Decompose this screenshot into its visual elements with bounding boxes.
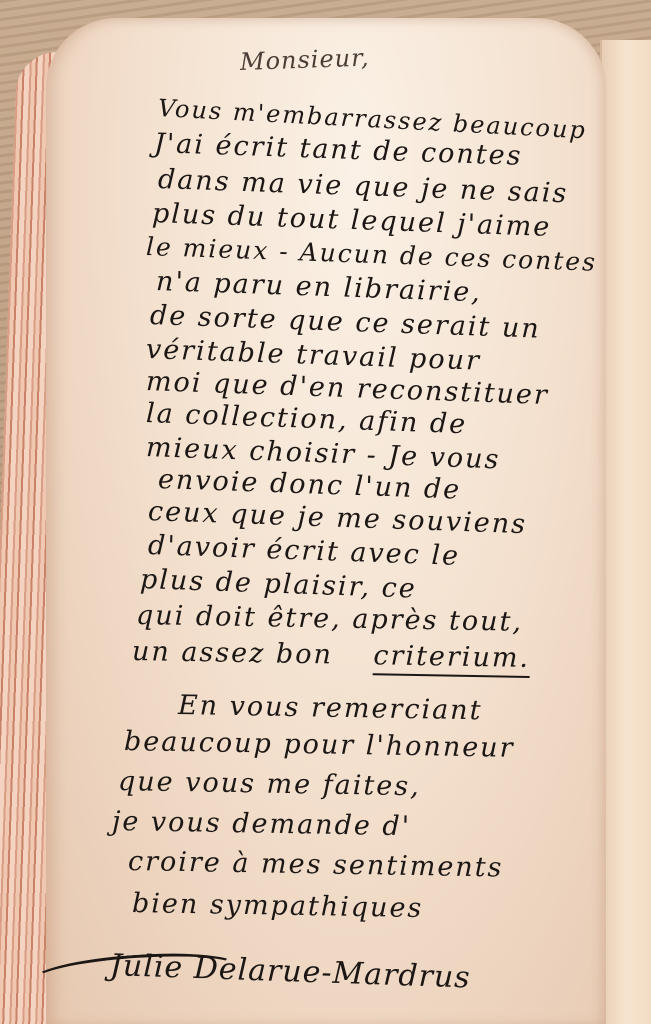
- handwritten-letter: Monsieur, Vous m'embarrassez beaucoup J'…: [0, 0, 651, 1024]
- letter-text: un assez bon: [132, 636, 333, 671]
- letter-line: plus de plaisir, ce: [139, 564, 417, 605]
- letter-line: que vous me faites,: [118, 766, 421, 802]
- letter-line: bien sympathiques: [132, 888, 424, 924]
- salutation: Monsieur,: [240, 43, 371, 76]
- letter-line: En vous remerciant: [178, 690, 483, 726]
- letter-line: un assez bon criterium.: [132, 636, 531, 674]
- underlined-word: criterium.: [373, 640, 530, 678]
- letter-line: croire à mes sentiments: [128, 846, 504, 884]
- letter-line: qui doit être, après tout,: [136, 600, 523, 638]
- letter-line: je vous demande d': [112, 806, 412, 842]
- letter-line: beaucoup pour l'honneur: [124, 726, 515, 764]
- signature: Julie Delarue-Mardrus: [109, 948, 471, 996]
